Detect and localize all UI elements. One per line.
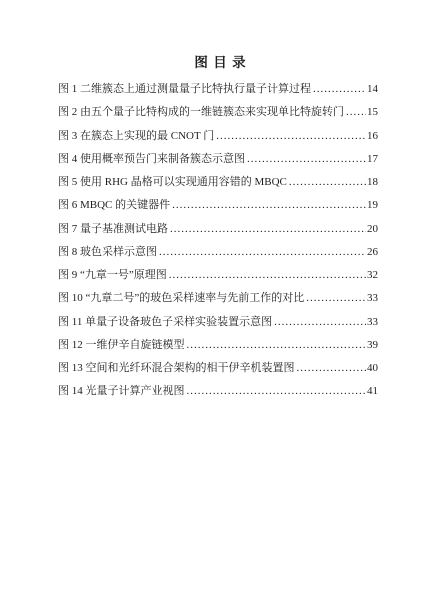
- document-page: 图 目 录 图 1 二维簇态上通过测量量子比特执行量子计算过程14图 2 由五个…: [0, 0, 441, 600]
- toc-entry[interactable]: 图 8 玻色采样示意图26: [58, 241, 378, 264]
- toc-entry[interactable]: 图 2 由五个量子比特构成的一维链簇态来实现单比特旋转门15: [58, 101, 378, 124]
- toc-entry-page: 40: [367, 357, 378, 380]
- toc-entry-label: 图 9 “九章一号”原理图: [58, 264, 167, 287]
- toc-entry[interactable]: 图 1 二维簇态上通过测量量子比特执行量子计算过程14: [58, 78, 378, 101]
- toc-entry-label: 图 12 一维伊辛自旋链模型: [58, 334, 185, 357]
- toc-entry-label: 图 11 单量子设备玻色子采样实验装置示意图: [58, 311, 272, 334]
- toc-entry-page: 18: [367, 171, 378, 194]
- toc-entry[interactable]: 图 7 量子基准测试电路20: [58, 218, 378, 241]
- toc-entry-page: 17: [367, 148, 378, 171]
- toc-entry-page: 32: [367, 264, 378, 287]
- dot-leader: [172, 194, 366, 217]
- toc-entry-page: 33: [367, 287, 378, 310]
- toc-entry[interactable]: 图 4 使用概率预告门来制备簇态示意图17: [58, 148, 378, 171]
- dot-leader: [187, 334, 367, 357]
- toc-entry[interactable]: 图 12 一维伊辛自旋链模型39: [58, 334, 378, 357]
- toc-entry-page: 14: [367, 78, 378, 101]
- toc-entry[interactable]: 图 5 使用 RHG 晶格可以实现通用容错的 MBQC18: [58, 171, 378, 194]
- toc-entry-label: 图 6 MBQC 的关键器件: [58, 194, 170, 217]
- figure-list: 图 1 二维簇态上通过测量量子比特执行量子计算过程14图 2 由五个量子比特构成…: [58, 78, 378, 404]
- toc-entry-page: 16: [367, 125, 378, 148]
- dot-leader: [313, 78, 366, 101]
- toc-entry[interactable]: 图 9 “九章一号”原理图32: [58, 264, 378, 287]
- toc-entry-page: 19: [367, 194, 378, 217]
- dot-leader: [274, 311, 366, 334]
- dot-leader: [170, 218, 366, 241]
- toc-entry-page: 20: [367, 218, 378, 241]
- toc-entry[interactable]: 图 6 MBQC 的关键器件19: [58, 194, 378, 217]
- toc-entry-label: 图 14 光量子计算产业视图: [58, 380, 185, 403]
- toc-entry-label: 图 7 量子基准测试电路: [58, 218, 168, 241]
- dot-leader: [346, 101, 366, 124]
- toc-entry-page: 41: [367, 380, 378, 403]
- toc-entry[interactable]: 图 10 “九章二号”的玻色采样速率与先前工作的对比33: [58, 287, 378, 310]
- toc-entry-label: 图 5 使用 RHG 晶格可以实现通用容错的 MBQC: [58, 171, 287, 194]
- toc-entry[interactable]: 图 13 空间和光纤环混合架构的相干伊辛机装置图40: [58, 357, 378, 380]
- toc-entry[interactable]: 图 11 单量子设备玻色子采样实验装置示意图33: [58, 311, 378, 334]
- toc-entry-page: 15: [367, 101, 378, 124]
- toc-entry-label: 图 2 由五个量子比特构成的一维链簇态来实现单比特旋转门: [58, 101, 344, 124]
- toc-entry-label: 图 8 玻色采样示意图: [58, 241, 157, 264]
- dot-leader: [216, 125, 366, 148]
- toc-entry[interactable]: 图 14 光量子计算产业视图41: [58, 380, 378, 403]
- page-title: 图 目 录: [0, 51, 441, 71]
- dot-leader: [289, 171, 366, 194]
- dot-leader: [159, 241, 366, 264]
- toc-entry[interactable]: 图 3 在簇态上实现的最 CNOT 门16: [58, 125, 378, 148]
- dot-leader: [297, 357, 367, 380]
- toc-entry-page: 33: [367, 311, 378, 334]
- dot-leader: [169, 264, 366, 287]
- toc-entry-page: 26: [367, 241, 378, 264]
- toc-entry-label: 图 3 在簇态上实现的最 CNOT 门: [58, 125, 214, 148]
- dot-leader: [187, 380, 367, 403]
- toc-entry-label: 图 13 空间和光纤环混合架构的相干伊辛机装置图: [58, 357, 295, 380]
- toc-entry-label: 图 10 “九章二号”的玻色采样速率与先前工作的对比: [58, 287, 304, 310]
- toc-entry-label: 图 4 使用概率预告门来制备簇态示意图: [58, 148, 245, 171]
- dot-leader: [306, 287, 366, 310]
- dot-leader: [247, 148, 366, 171]
- toc-entry-label: 图 1 二维簇态上通过测量量子比特执行量子计算过程: [58, 78, 311, 101]
- toc-entry-page: 39: [367, 334, 378, 357]
